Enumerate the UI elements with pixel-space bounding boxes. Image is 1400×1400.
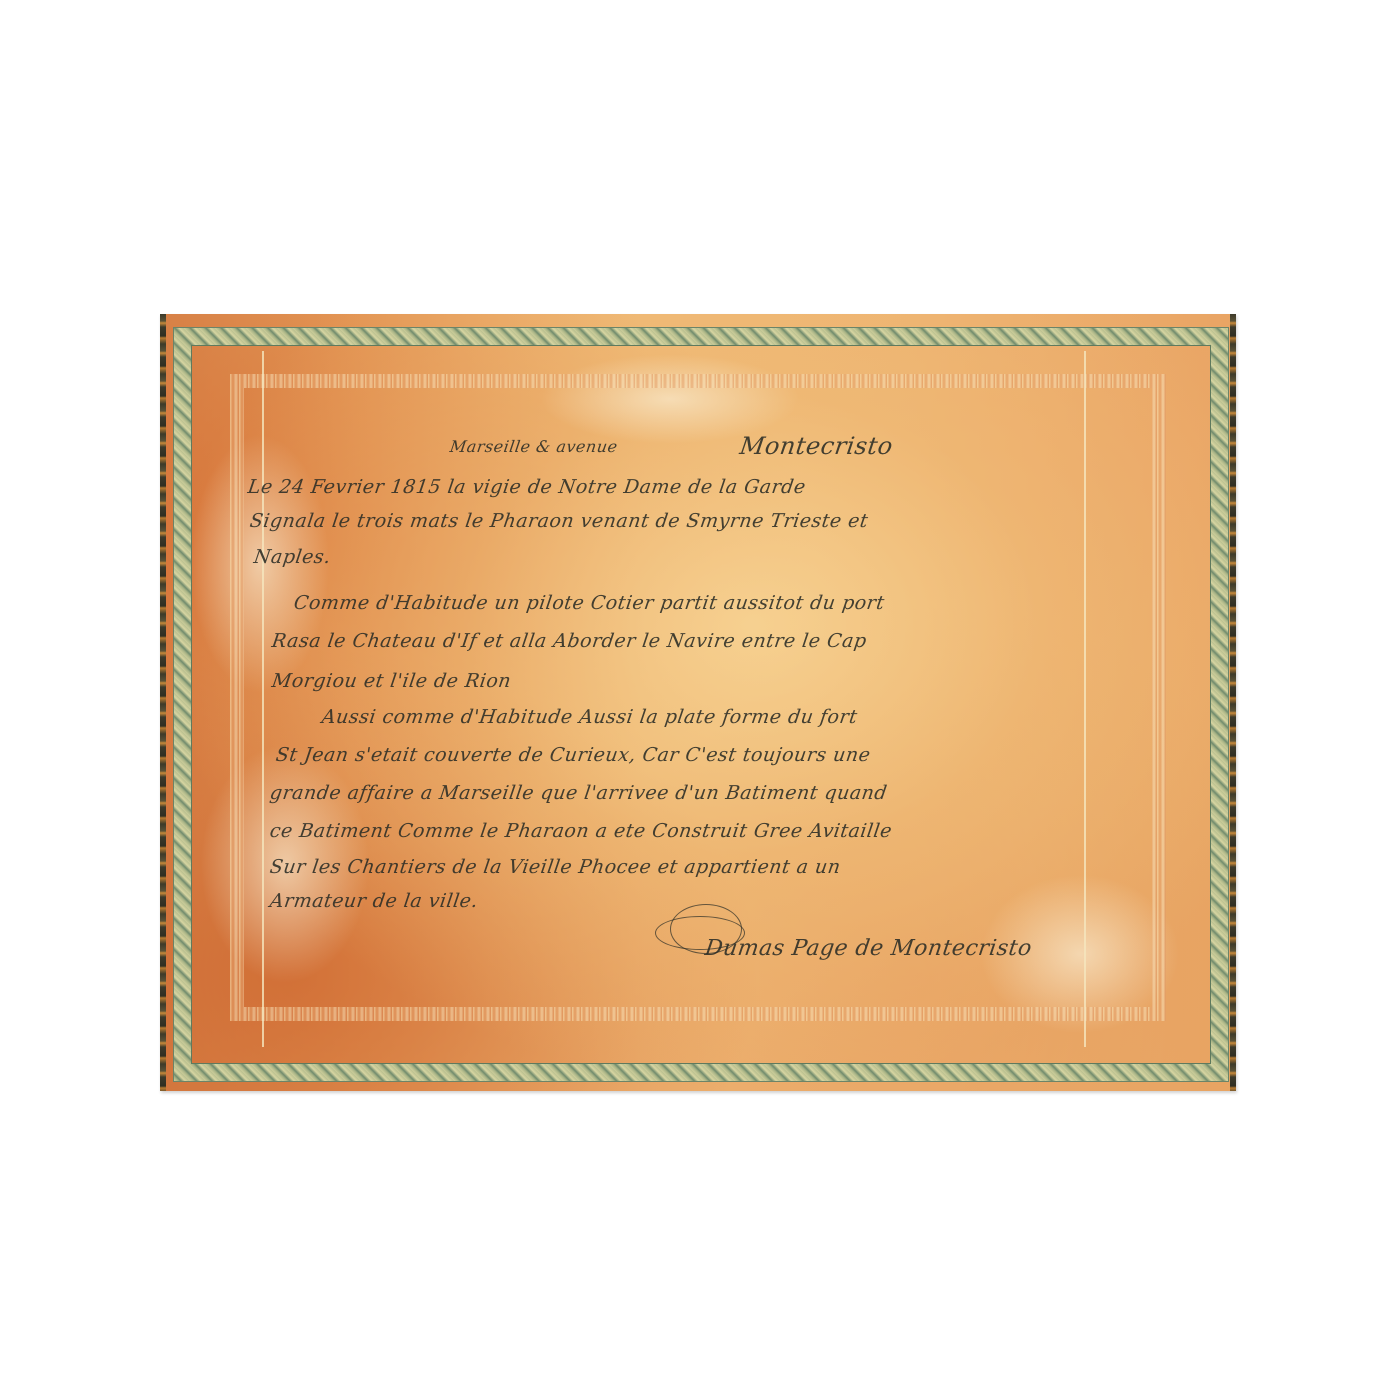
letter-line: Aussi comme d'Habitude Aussi la plate fo… (320, 706, 858, 728)
letter-line: grande affaire a Marseille que l'arrivee… (268, 782, 888, 804)
letter-line: ce Batiment Comme le Pharaon a ete Const… (268, 820, 893, 842)
journal-cover: Marseille & avenue Montecristo Le 24 Fev… (160, 314, 1236, 1091)
letter-line: Le 24 Fevrier 1815 la vigie de Notre Dam… (246, 476, 807, 498)
letter-line: Morgiou et l'ile de Rion (270, 670, 512, 692)
letter-header-left: Marseille & avenue (449, 437, 619, 456)
letter-line: St Jean s'etait couverte de Curieux, Car… (274, 744, 872, 766)
handwritten-letter: Marseille & avenue Montecristo Le 24 Fev… (160, 314, 1236, 1091)
letter-line: Rasa le Chateau d'If et alla Aborder le … (270, 630, 868, 652)
letter-signature: Dumas Page de Montecristo (703, 936, 1033, 961)
letter-header-right: Montecristo (738, 432, 895, 460)
letter-line: Signala le trois mats le Pharaon venant … (248, 510, 869, 532)
letter-line: Armateur de la ville. (268, 890, 479, 912)
letter-line: Comme d'Habitude un pilote Cotier partit… (292, 592, 886, 614)
letter-line: Naples. (252, 546, 332, 568)
letter-line: Sur les Chantiers de la Vieille Phocee e… (268, 856, 842, 878)
